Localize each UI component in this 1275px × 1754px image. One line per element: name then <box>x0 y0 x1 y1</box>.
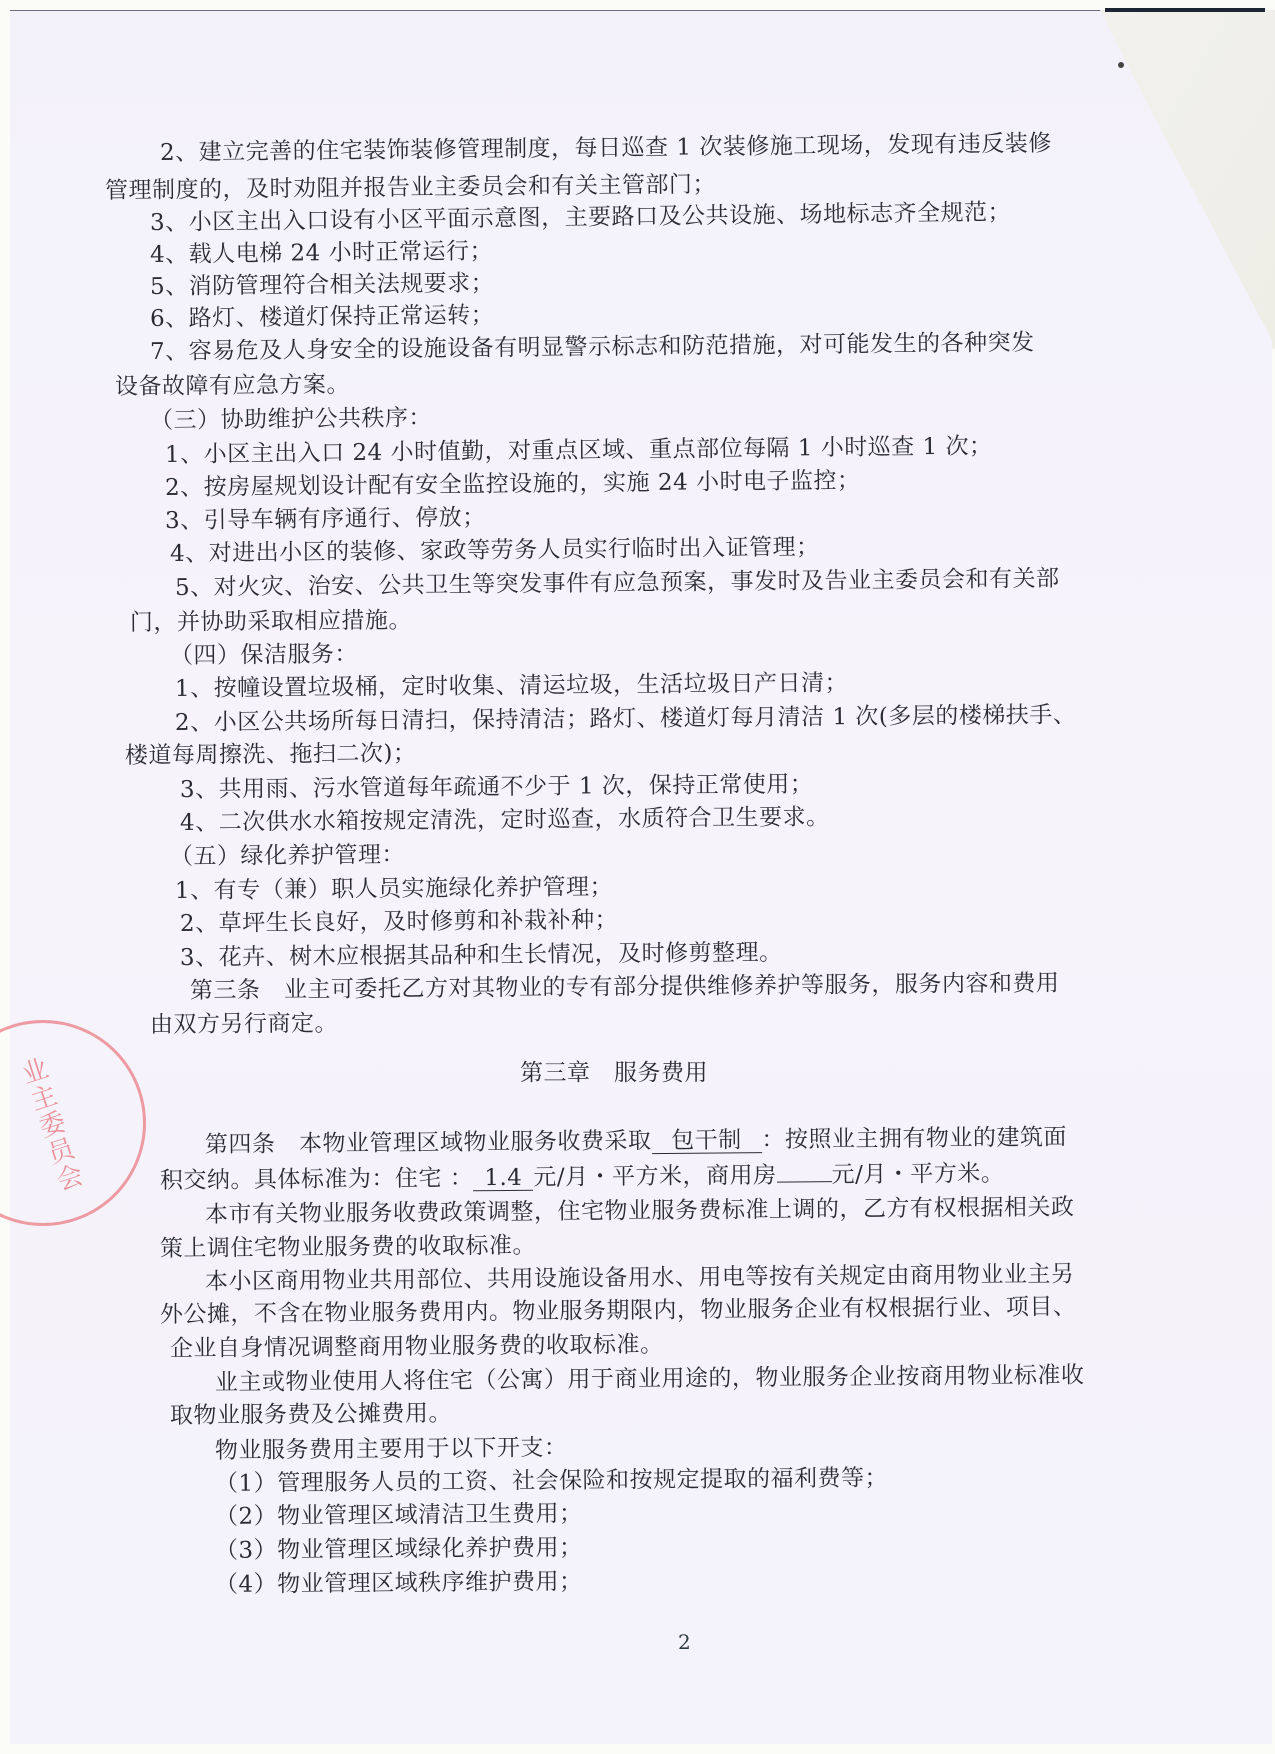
text-line-15: 门，并协助采取相应措施。 <box>130 606 412 638</box>
fee-text-line-12: （4）物业管理区域秩序维护费用； <box>215 1567 583 1600</box>
text-line-21: 4、二次供水水箱按规定清洗，定时巡查，水质符合卫生要求。 <box>180 802 830 838</box>
text-line-23: 1、有专（兼）职人员实施绿化养护管理； <box>175 872 613 906</box>
text-line-8: 设备故障有应急方案。 <box>115 370 350 402</box>
fee-text-line-5: 企业自身情况调整商用物业服务费的收取标准。 <box>170 1330 664 1364</box>
text-line-4: 4、载人电梯 24 小时正常运行； <box>150 236 493 270</box>
fee-text-line-11: （3）物业管理区域绿化养护费用； <box>215 1533 583 1566</box>
text-line-25: 3、花卉、树木应根据其品种和生长情况，及时修剪整理。 <box>180 938 783 973</box>
fee-text-line-7: 取物业服务费及公摊费用。 <box>170 1399 452 1431</box>
scan-edge <box>1105 8 1265 12</box>
text-line-17: 1、按幢设置垃圾桶，定时收集、清运垃圾，生活垃圾日产日清； <box>175 668 848 704</box>
text-line-5: 5、消防管理符合相关法规要求； <box>150 268 494 302</box>
text-line-27: 由双方另行商定。 <box>150 1009 338 1040</box>
fee-text-line-2: 策上调住宅物业服务费的收取标准。 <box>160 1231 536 1264</box>
fee-text-line-9: （1）管理服务人员的工资、社会保险和按规定提取的福利费等； <box>215 1463 888 1499</box>
text-line-2: 管理制度的，及时劝阻并报告业主委员会和有关主管部门； <box>105 170 716 206</box>
page-number: 2 <box>678 1630 691 1654</box>
text-line-9: （三）协助维护公共秩序： <box>150 403 432 436</box>
residential-rate-field: 1.4 <box>473 1166 533 1192</box>
staple-mark <box>1118 62 1124 68</box>
text-line-6: 6、路灯、楼道灯保持正常运转； <box>150 300 494 334</box>
commercial-rate-field <box>777 1181 832 1182</box>
text-line-12: 3、引导车辆有序通行、停放； <box>165 503 486 536</box>
fee-text-line-10: （2）物业管理区域清洁卫生费用； <box>215 1499 583 1532</box>
fee-mode-field: 包干制 <box>651 1128 761 1154</box>
text-line-20: 3、共用雨、污水管道每年疏通不少于 1 次，保持正常使用； <box>180 769 814 805</box>
fee-text-line-8: 物业服务费用主要用于以下开支： <box>215 1433 568 1466</box>
text-line-19: 楼道每周擦洗、拖扫二次)； <box>125 738 417 771</box>
chapter-title: 第三章 服务费用 <box>520 1058 708 1088</box>
text-line-16: （四）保洁服务： <box>170 639 358 671</box>
text-line-24: 2、草坪生长良好，及时修剪和补栽补种； <box>180 905 618 939</box>
text-line-22: （五）绿化养护管理： <box>170 840 405 872</box>
